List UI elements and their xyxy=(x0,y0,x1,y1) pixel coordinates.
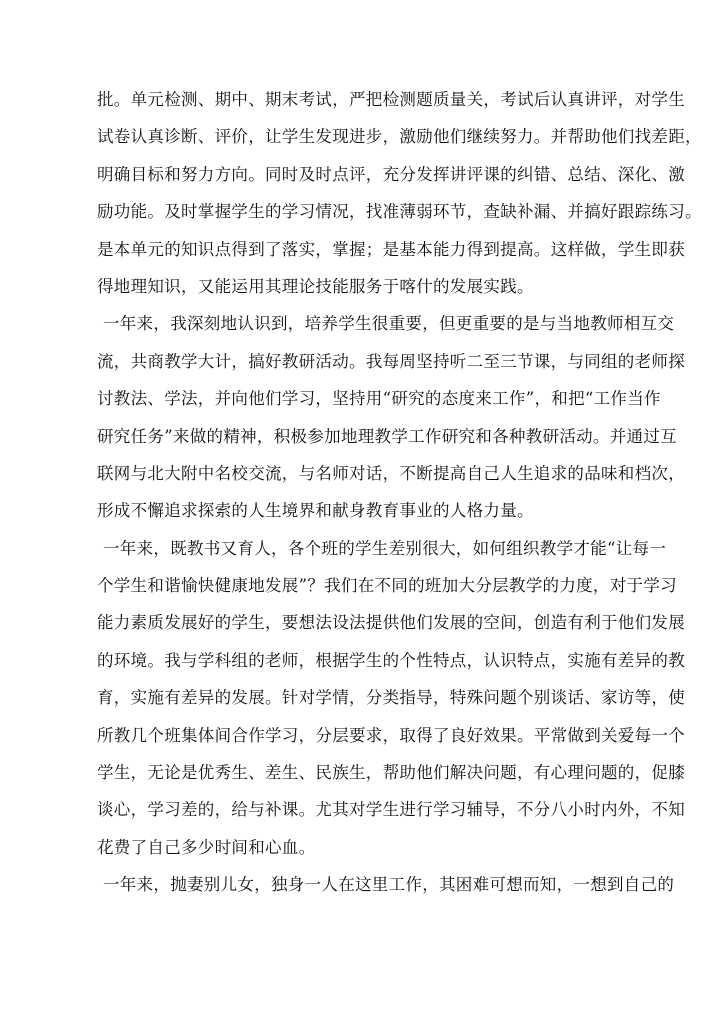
text-line: 学生，无论是优秀生、差生、民族生，帮助他们解决问题，有心理问题的，促膝 xyxy=(97,759,629,796)
text-line: 花费了自己多少时间和心血。 xyxy=(97,834,629,871)
text-line: 育，实施有差异的发展。针对学情，分类指导，特殊问题个别谈话、家访等，使 xyxy=(97,684,629,721)
text-line: 所教几个班集体间合作学习，分层要求，取得了良好效果。平常做到关爱每一个 xyxy=(97,722,629,759)
text-line: 讨教法、学法，并向他们学习，坚持用“研究的态度来工作”，和把“工作当作 xyxy=(97,385,629,422)
paragraph-3: 一年来，既教书又育人，各个班的学生差别很大，如何组织教学才能“让每一 个学生和谐… xyxy=(97,535,629,872)
text-line: 一年来，抛妻别儿女，独身一人在这里工作，其困难可想而知，一想到自己的 xyxy=(97,871,629,908)
text-line: 一年来，我深刻地认识到，培养学生很重要，但更重要的是与当地教师相互交 xyxy=(97,310,629,347)
text-line: 流，共商教学大计，搞好教研活动。我每周坚持听二至三节课，与同组的老师探 xyxy=(97,348,629,385)
text-line: 个学生和谐愉快健康地发展”？我们在不同的班加大分层教学的力度，对于学习 xyxy=(97,572,629,609)
document-page: 批。单元检测、期中、期末考试，严把检测题质量关，考试后认真讲评，对学生 试卷认真… xyxy=(97,86,629,909)
text-line: 励功能。及时掌握学生的学习情况，找准薄弱环节，查缺补漏、并搞好跟踪练习。 xyxy=(97,198,629,235)
text-line: 得地理知识，又能运用其理论技能服务于喀什的发展实践。 xyxy=(97,273,629,310)
text-line: 联网与北大附中名校交流，与名师对话，不断提高自己人生追求的品味和档次， xyxy=(97,460,629,497)
paragraph-2: 一年来，我深刻地认识到，培养学生很重要，但更重要的是与当地教师相互交 流，共商教… xyxy=(97,310,629,534)
paragraph-4: 一年来，抛妻别儿女，独身一人在这里工作，其困难可想而知，一想到自己的 xyxy=(97,871,629,908)
text-line: 谈心，学习差的，给与补课。尤其对学生进行学习辅导，不分八小时内外，不知 xyxy=(97,796,629,833)
text-line: 研究任务”来做的精神，积极参加地理教学工作研究和各种教研活动。并通过互 xyxy=(97,423,629,460)
text-line: 明确目标和努力方向。同时及时点评，充分发挥讲评课的纠错、总结、深化、激 xyxy=(97,161,629,198)
text-line: 的环境。我与学科组的老师，根据学生的个性特点，认识特点，实施有差异的教 xyxy=(97,647,629,684)
text-line: 是本单元的知识点得到了落实，掌握；是基本能力得到提高。这样做，学生即获 xyxy=(97,236,629,273)
text-line: 批。单元检测、期中、期末考试，严把检测题质量关，考试后认真讲评，对学生 xyxy=(97,86,629,123)
text-line: 能力素质发展好的学生，要想法设法提供他们发展的空间，创造有利于他们发展 xyxy=(97,609,629,646)
text-line: 形成不懈追求探索的人生境界和献身教育事业的人格力量。 xyxy=(97,497,629,534)
paragraph-1: 批。单元检测、期中、期末考试，严把检测题质量关，考试后认真讲评，对学生 试卷认真… xyxy=(97,86,629,310)
text-line: 试卷认真诊断、评价，让学生发现进步，激励他们继续努力。并帮助他们找差距， xyxy=(97,123,629,160)
text-line: 一年来，既教书又育人，各个班的学生差别很大，如何组织教学才能“让每一 xyxy=(97,535,629,572)
